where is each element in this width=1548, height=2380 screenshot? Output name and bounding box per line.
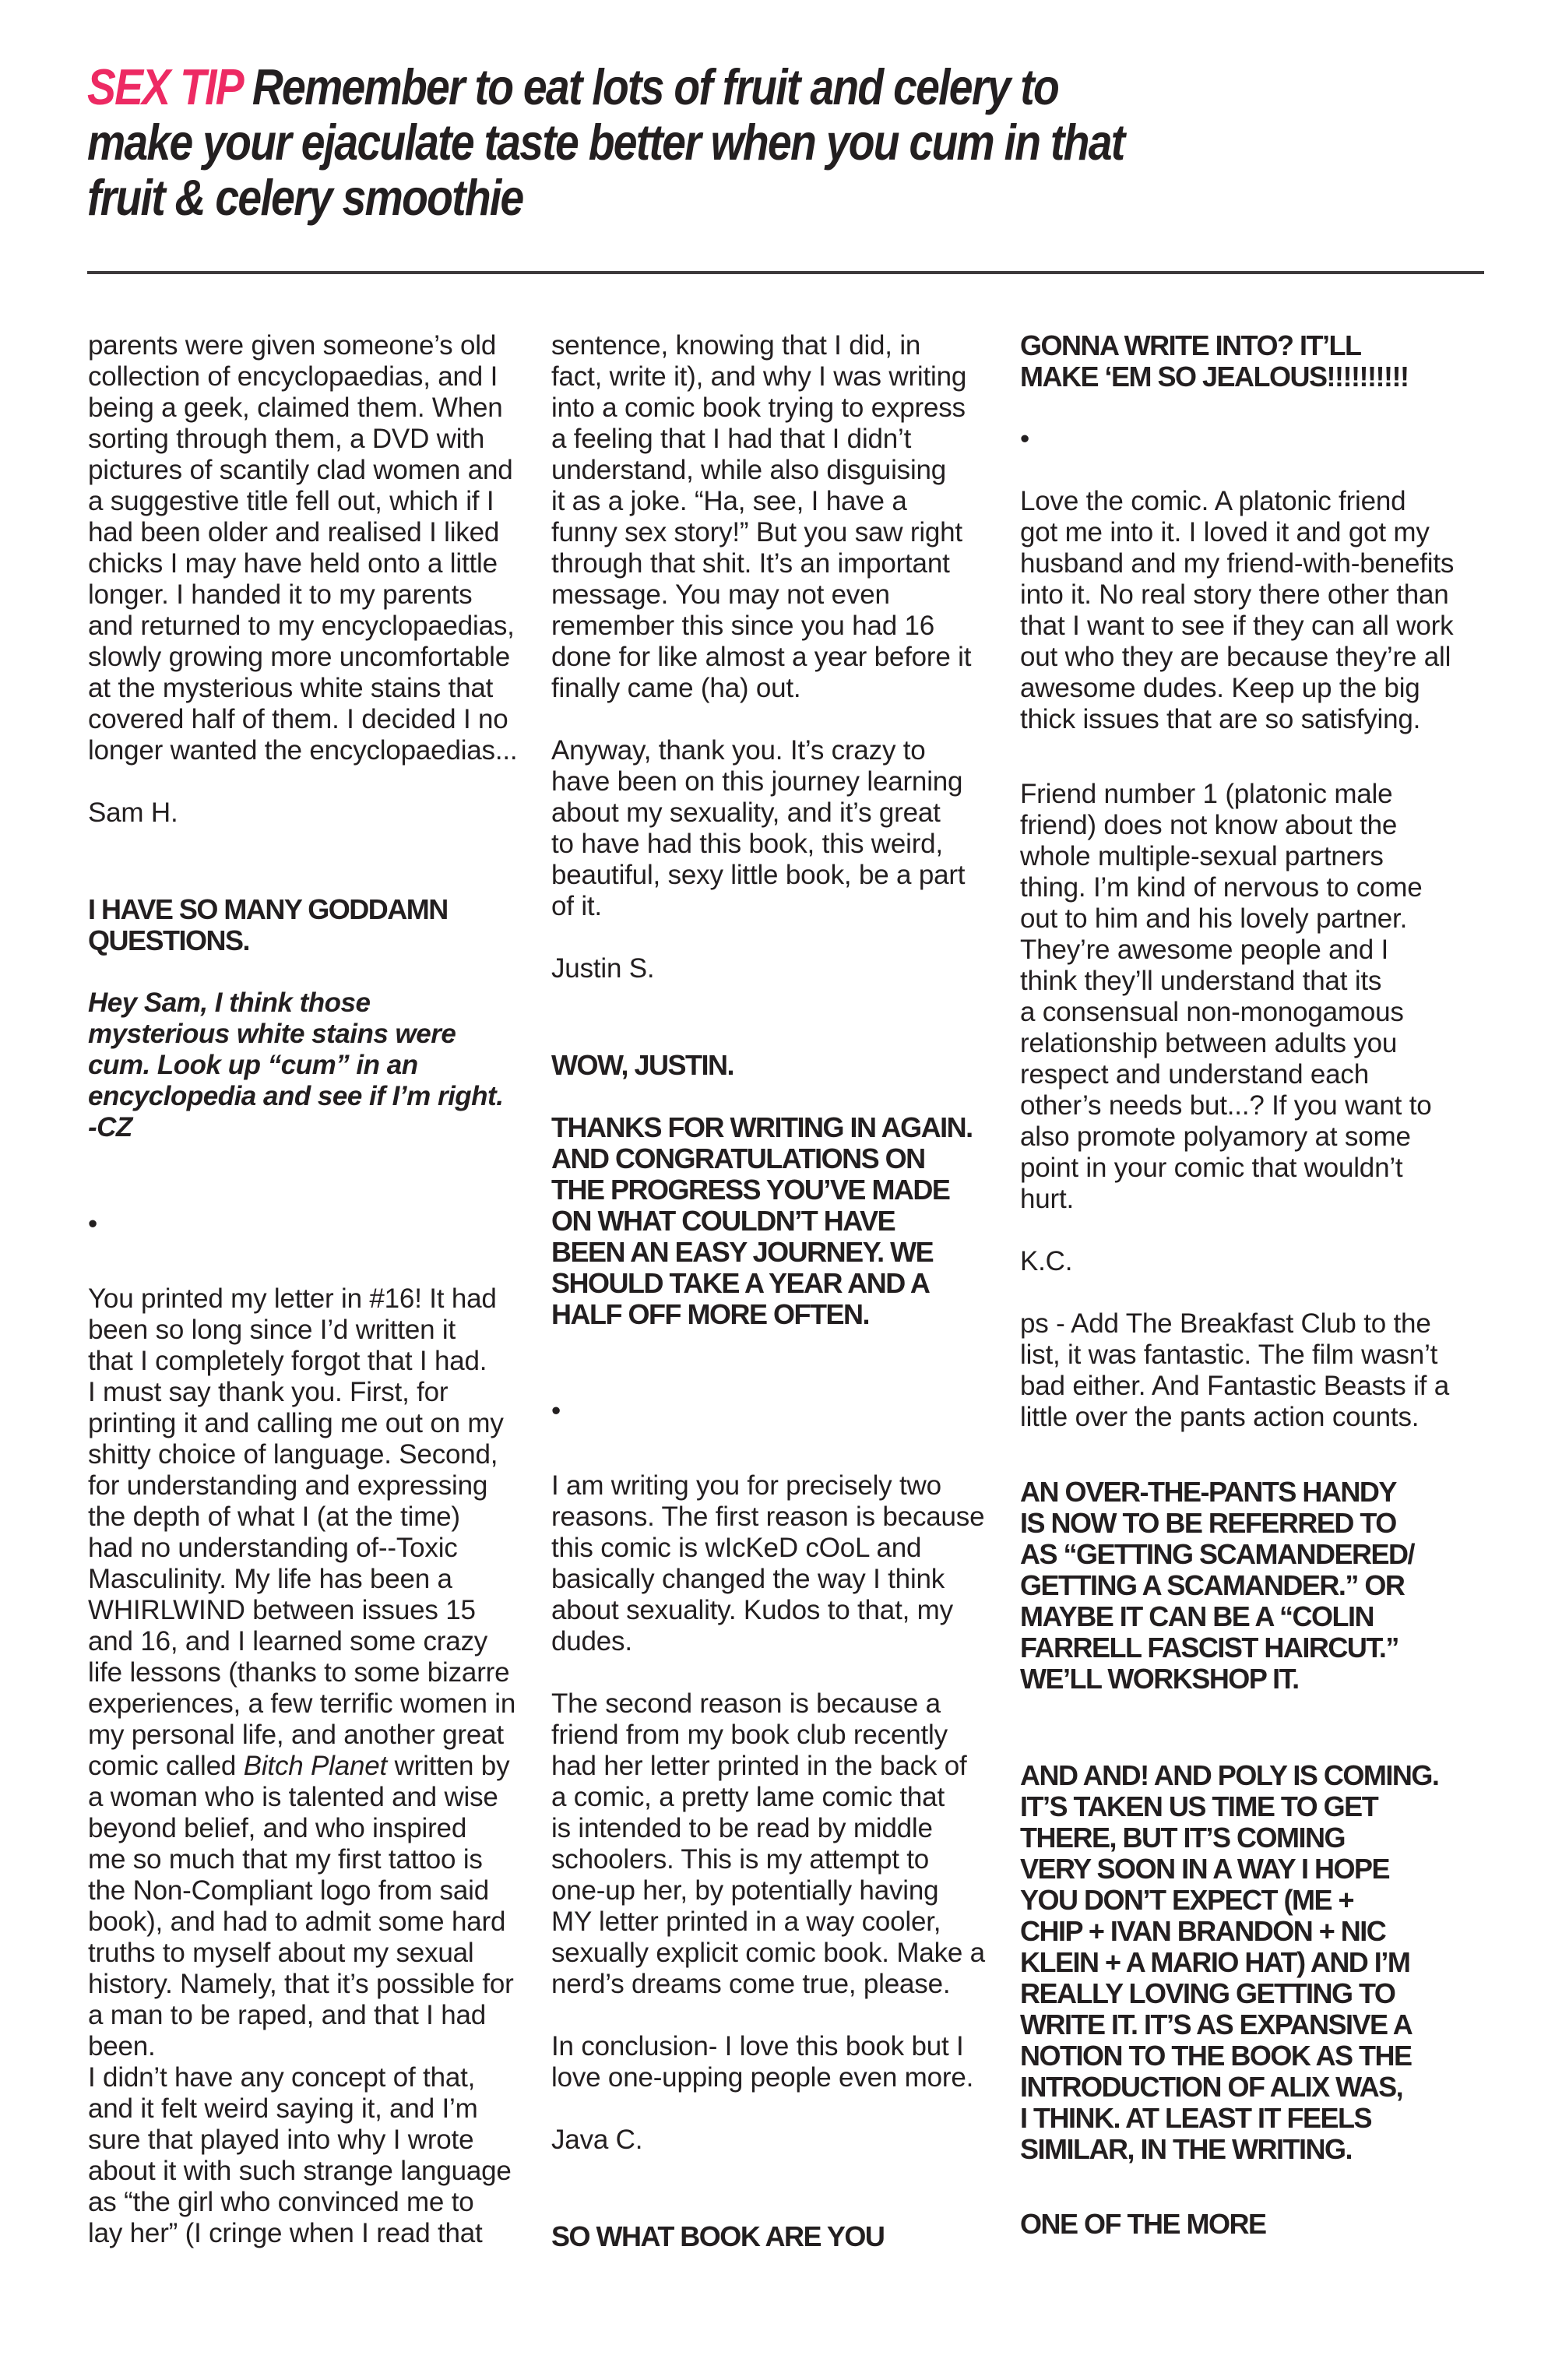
letter-paragraph: Love the comic. A platonic friend got me…	[1020, 486, 1476, 735]
letters-column-2: sentence, knowing that I did, in fact, w…	[551, 330, 1007, 2252]
letter-heading: I HAVE SO MANY GODDAMN QUESTIONS.	[88, 894, 544, 956]
editor-response-heading: GONNA WRITE INTO? IT’LL MAKE ‘EM SO JEAL…	[1020, 330, 1476, 393]
sex-tip-line2: make your ejaculate taste better when yo…	[87, 114, 1345, 170]
letter-paragraph: You printed my letter in #16! It had bee…	[88, 1283, 544, 2249]
letter-signature: Justin S.	[551, 953, 1007, 984]
letter-signature: K.C.	[1020, 1246, 1476, 1277]
letter-paragraph: I am writing you for precisely two reaso…	[551, 1470, 1007, 1657]
letter-text: You printed my letter in #16! It had bee…	[88, 1283, 515, 1781]
letter-paragraph: parents were given someone’s old collect…	[88, 330, 544, 766]
letter-paragraph: ps - Add The Breakfast Club to the list,…	[1020, 1308, 1476, 1433]
sex-tip-label: SEX TIP	[87, 58, 252, 115]
divider-rule	[87, 271, 1484, 274]
section-bullet: •	[88, 1209, 544, 1240]
editor-response-heading: AND AND! AND POLY IS COMING. IT’S TAKEN …	[1020, 1760, 1476, 2165]
letter-paragraph: The second reason is because a friend fr…	[551, 1688, 1007, 2000]
section-bullet: •	[1020, 424, 1476, 455]
sex-tip-line3: fruit & celery smoothie	[87, 170, 1345, 225]
section-bullet: •	[551, 1396, 1007, 1427]
editor-response-heading: AN OVER-THE-PANTS HANDY IS NOW TO BE REF…	[1020, 1477, 1476, 1695]
editor-response-heading: THANKS FOR WRITING IN AGAIN. AND CONGRAT…	[551, 1112, 1007, 1330]
editor-response-heading: ONE OF THE MORE	[1020, 2209, 1476, 2240]
letter-text: written by a woman who is talented and w…	[88, 1751, 514, 2248]
editor-response-heading: SO WHAT BOOK ARE YOU	[551, 2221, 1007, 2252]
sex-tip-line1-text: Remember to eat lots of fruit and celery…	[252, 58, 1058, 115]
letters-column-3: GONNA WRITE INTO? IT’LL MAKE ‘EM SO JEAL…	[1020, 330, 1476, 2240]
editor-response-heading: WOW, JUSTIN.	[551, 1050, 1007, 1081]
sex-tip-header: SEX TIPRemember to eat lots of fruit and…	[87, 59, 1345, 225]
letter-signature: Java C.	[551, 2125, 1007, 2156]
letter-paragraph: Anyway, thank you. It’s crazy to have be…	[551, 735, 1007, 922]
editor-reply: Hey Sam, I think those mysterious white …	[88, 988, 544, 1143]
letter-paragraph: Friend number 1 (platonic male friend) d…	[1020, 779, 1476, 1215]
sex-tip-line1: SEX TIPRemember to eat lots of fruit and…	[87, 59, 1345, 114]
letter-signature: Sam H.	[88, 797, 544, 829]
letters-column-1: parents were given someone’s old collect…	[88, 330, 544, 2249]
letters-page: SEX TIPRemember to eat lots of fruit and…	[0, 0, 1548, 2380]
book-title: Bitch Planet	[244, 1751, 387, 1781]
letter-paragraph: In conclusion- I love this book but I lo…	[551, 2031, 1007, 2093]
letter-paragraph: sentence, knowing that I did, in fact, w…	[551, 330, 1007, 704]
